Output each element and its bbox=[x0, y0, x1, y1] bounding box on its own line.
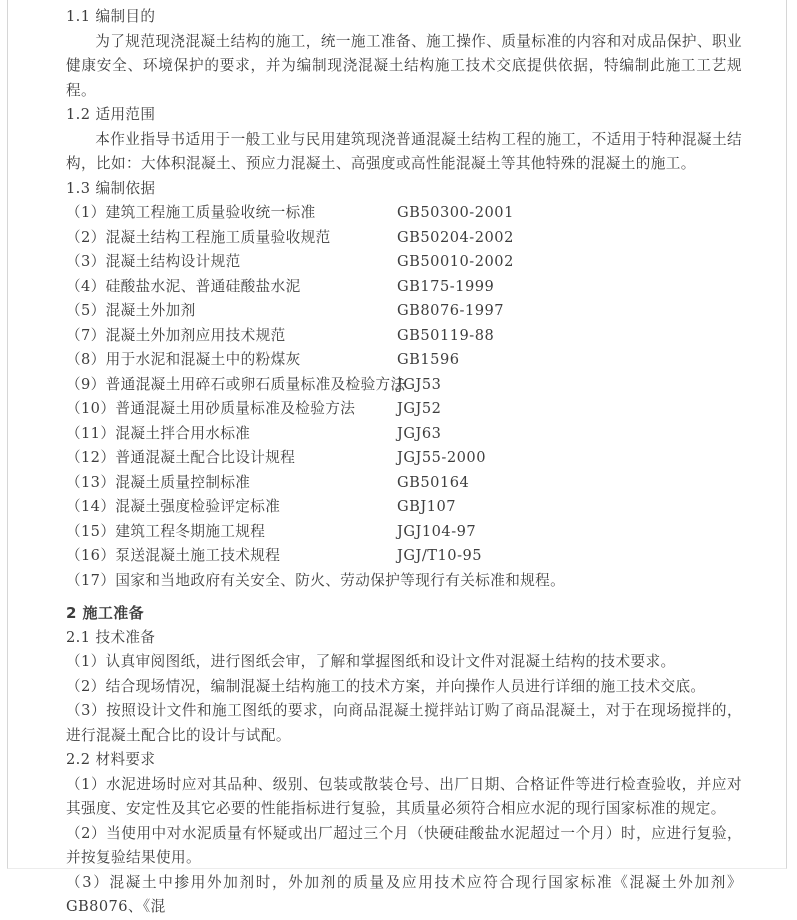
reference-label: （12）普通混凝土配合比设计规程 bbox=[66, 449, 295, 466]
reference-code: GB175-1999 bbox=[397, 275, 494, 300]
heading-1-2: 1.2 适用范围 bbox=[66, 103, 742, 128]
reference-row: （3）混凝土结构设计规范 GB50010-2002 bbox=[66, 250, 742, 275]
reference-label: （5）混凝土外加剂 bbox=[66, 302, 196, 319]
document-page: 1.1 编制目的 为了规范现浇混凝土结构的施工，统一施工准备、施工操作、质量标准… bbox=[7, 0, 787, 869]
reference-row: （13）混凝土质量控制标准 GB50164 bbox=[66, 471, 742, 496]
reference-code: JGJ52 bbox=[397, 397, 441, 422]
reference-label: （9）普通混凝土用碎石或卵石质量标准及检验方法 bbox=[66, 376, 406, 393]
reference-row: （11）混凝土拌合用水标准 JGJ63 bbox=[66, 422, 742, 447]
reference-label: （14）混凝土强度检验评定标准 bbox=[66, 498, 280, 515]
reference-code: JGJ55-2000 bbox=[397, 446, 486, 471]
tech-item: （2）结合现场情况，编制混凝土结构施工的技术方案，并向操作人员进行详细的施工技术… bbox=[66, 675, 742, 700]
reference-code: GB50204-2002 bbox=[397, 226, 514, 251]
heading-2: 2 施工准备 bbox=[66, 601, 742, 626]
reference-label: （2）混凝土结构工程施工质量验收规范 bbox=[66, 229, 331, 246]
reference-row: （17）国家和当地政府有关安全、防火、劳动保护等现行有关标准和规程。 bbox=[66, 569, 742, 594]
reference-code: GB50010-2002 bbox=[397, 250, 514, 275]
paragraph-scope: 本作业指导书适用于一般工业与民用建筑现浇普通混凝土结构工程的施工，不适用于特种混… bbox=[66, 128, 742, 177]
reference-row: （8）用于水泥和混凝土中的粉煤灰 GB1596 bbox=[66, 348, 742, 373]
reference-label: （3）混凝土结构设计规范 bbox=[66, 253, 241, 270]
reference-code: JGJ53 bbox=[397, 373, 441, 398]
reference-label: （16）泵送混凝土施工技术规程 bbox=[66, 547, 280, 564]
reference-label: （1）建筑工程施工质量验收统一标准 bbox=[66, 204, 316, 221]
reference-row: （14）混凝土强度检验评定标准 GBJ107 bbox=[66, 495, 742, 520]
reference-label: （11）混凝土拌合用水标准 bbox=[66, 425, 250, 442]
reference-row: （12）普通混凝土配合比设计规程 JGJ55-2000 bbox=[66, 446, 742, 471]
heading-2-1: 2.1 技术准备 bbox=[66, 626, 742, 651]
reference-list: （1）建筑工程施工质量验收统一标准 GB50300-2001 （2）混凝土结构工… bbox=[66, 201, 742, 593]
material-item: （1）水泥进场时应对其品种、级别、包装或散装仓号、出厂日期、合格证件等进行检查验… bbox=[66, 773, 742, 822]
document-content: 1.1 编制目的 为了规范现浇混凝土结构的施工，统一施工准备、施工操作、质量标准… bbox=[8, 0, 786, 920]
heading-1-3: 1.3 编制依据 bbox=[66, 177, 742, 202]
reference-code: GB50119-88 bbox=[397, 324, 494, 349]
reference-label: （10）普通混凝土用砂质量标准及检验方法 bbox=[66, 400, 355, 417]
reference-row: （9）普通混凝土用碎石或卵石质量标准及检验方法 JGJ53 bbox=[66, 373, 742, 398]
tech-item: （1）认真审阅图纸，进行图纸会审，了解和掌握图纸和设计文件对混凝土结构的技术要求… bbox=[66, 650, 742, 675]
reference-row: （4）硅酸盐水泥、普通硅酸盐水泥 GB175-1999 bbox=[66, 275, 742, 300]
reference-code: JGJ/T10-95 bbox=[397, 544, 482, 569]
reference-label: （7）混凝土外加剂应用技术规范 bbox=[66, 327, 286, 344]
tech-item: （3）按照设计文件和施工图纸的要求，向商品混凝土搅拌站订购了商品混凝土，对于在现… bbox=[66, 699, 742, 748]
reference-code: JGJ63 bbox=[397, 422, 441, 447]
reference-row: （10）普通混凝土用砂质量标准及检验方法 JGJ52 bbox=[66, 397, 742, 422]
reference-row: （5）混凝土外加剂 GB8076-1997 bbox=[66, 299, 742, 324]
reference-code: GB50300-2001 bbox=[397, 201, 514, 226]
material-item: （3）混凝土中掺用外加剂时，外加剂的质量及应用技术应符合现行国家标准《混凝土外加… bbox=[66, 871, 742, 920]
reference-row: （15）建筑工程冬期施工规程 JGJ104-97 bbox=[66, 520, 742, 545]
reference-label: （15）建筑工程冬期施工规程 bbox=[66, 523, 265, 540]
reference-label: （13）混凝土质量控制标准 bbox=[66, 474, 250, 491]
reference-label: （17）国家和当地政府有关安全、防火、劳动保护等现行有关标准和规程。 bbox=[66, 572, 565, 589]
reference-code: GB8076-1997 bbox=[397, 299, 504, 324]
reference-code: JGJ104-97 bbox=[397, 520, 476, 545]
reference-code: GB1596 bbox=[397, 348, 460, 373]
reference-label: （4）硅酸盐水泥、普通硅酸盐水泥 bbox=[66, 278, 301, 295]
reference-row: （16）泵送混凝土施工技术规程 JGJ/T10-95 bbox=[66, 544, 742, 569]
material-item: （2）当使用中对水泥质量有怀疑或出厂超过三个月（快硬硅酸盐水泥超过一个月）时，应… bbox=[66, 822, 742, 871]
reference-row: （7）混凝土外加剂应用技术规范 GB50119-88 bbox=[66, 324, 742, 349]
reference-code: GB50164 bbox=[397, 471, 469, 496]
paragraph-purpose: 为了规范现浇混凝土结构的施工，统一施工准备、施工操作、质量标准的内容和对成品保护… bbox=[66, 30, 742, 104]
heading-2-2: 2.2 材料要求 bbox=[66, 748, 742, 773]
reference-code: GBJ107 bbox=[397, 495, 456, 520]
heading-1-1: 1.1 编制目的 bbox=[66, 5, 742, 30]
reference-row: （2）混凝土结构工程施工质量验收规范 GB50204-2002 bbox=[66, 226, 742, 251]
reference-label: （8）用于水泥和混凝土中的粉煤灰 bbox=[66, 351, 301, 368]
reference-row: （1）建筑工程施工质量验收统一标准 GB50300-2001 bbox=[66, 201, 742, 226]
